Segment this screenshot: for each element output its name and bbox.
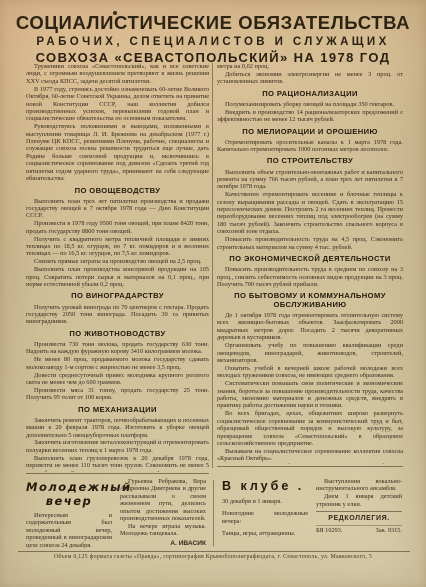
paragraph: Повысить производительность труда в сред…: [217, 266, 403, 288]
section-heading: ПО СТРОИТЕЛЬСТВУ: [223, 157, 397, 166]
column-divider: [212, 63, 213, 468]
paragraph: Закончить ремонт тракторов, почвообрабат…: [26, 417, 209, 439]
section-vegetables: ПО ОВОЩЕВОДСТВУ Выполнить план трех лет …: [26, 187, 209, 289]
section-paragraphs: Закончить ремонт тракторов, почвообрабат…: [26, 417, 209, 472]
paragraph: На вечере играла музыка. Молодежь танцев…: [120, 523, 206, 538]
paragraph: Танцы, игры, аттракционы.: [222, 530, 308, 537]
section-paragraphs: До 1 октября 1978 года отремонтировать о…: [217, 312, 403, 447]
section-heading: ПО БЫТОВОМУ И КОММУНАЛЬНОМУ ОБСЛУЖИВАНИЮ: [223, 292, 397, 309]
youth-article-text: Гурьевна Ребракова, Вера Андреевна Дмитр…: [120, 478, 206, 538]
section-paragraphs: Выполнить план трех лет пятилетки произв…: [26, 198, 209, 289]
section-heading: ПО ЖИВОТНОВОДСТВУ: [32, 330, 203, 339]
newspaper-page: СОЦИАЛИСТИЧЕСКИЕ ОБЯЗАТЕЛЬСТВА РАБОЧИХ, …: [0, 0, 426, 587]
paragraph: Выполнить план производства консервной п…: [26, 266, 209, 288]
youth-evening-article: Молодежный вечер Интересным и содержател…: [26, 478, 206, 548]
paragraph: Выполнить план грузоперевозок к 20 декаб…: [26, 455, 209, 472]
section-heading: ПО ВИНОГРАДАРСТВУ: [32, 292, 203, 301]
rule-above-footer: [18, 551, 410, 552]
youth-article-col-1: Молодежный вечер Интересным и содержател…: [26, 478, 112, 548]
paragraph: Отремонтировать оросительные каналы к 1 …: [217, 139, 403, 154]
paragraph: метра на 0,02 проц.: [217, 63, 403, 70]
paragraph: Руководствуясь положениями и выводами, и…: [26, 123, 209, 182]
print-code-right: Зак. 9315.: [376, 527, 402, 534]
youth-article-col-2: Гурьевна Ребракова, Вера Андреевна Дмитр…: [120, 478, 206, 548]
section-paragraphs: Повысить производительность труда в сред…: [217, 266, 403, 288]
paragraph: Организовать учебу по повышению квалифик…: [217, 342, 403, 364]
paragraph: Повысить производительность труда на 4,5…: [217, 236, 403, 251]
paragraph: Произвести 730 тонн молока, продать госу…: [26, 341, 209, 356]
paragraph: Охватить учебой в вечерней школе рабочей…: [217, 365, 403, 380]
paragraph: Добиться экономии электроэнергии не мене…: [217, 71, 403, 86]
paragraph: Произвести мяса 31 тонну, продать госуда…: [26, 387, 209, 402]
print-codes-row: БЯ 10293. Зак. 9315.: [316, 525, 402, 535]
paragraph: Выполнить план трех лет пятилетки произв…: [26, 198, 209, 220]
youth-article-title: Молодежный вечер: [26, 480, 112, 508]
section-communal-services: ПО БЫТОВОМУ И КОММУНАЛЬНОМУ ОБСЛУЖИВАНИЮ…: [217, 292, 403, 447]
paragraph: В 1977 году, стремясь достойно ознаменов…: [26, 86, 209, 123]
editorial-board-signature: РЕДКОЛЛЕГИЯ.: [316, 511, 402, 522]
section-economics: ПО ЭКОНОМИЧЕСКОЙ ДЕЯТЕЛЬНОСТИ Повысить п…: [217, 255, 403, 288]
section-heading: ПО ЭКОНОМИЧЕСКОЙ ДЕЯТЕЛЬНОСТИ: [223, 255, 397, 264]
section-heading: ПО МЕХАНИЗАЦИИ: [32, 406, 203, 415]
club-article: В клубе . 30 декабря и 1 января.Новогодн…: [222, 478, 406, 548]
paragraph: Качественно отремонтировать весенние и б…: [217, 191, 403, 235]
section-rationalization: ПО РАЦИОНАЛИЗАЦИИ Полумеханизировать убо…: [217, 90, 403, 124]
section-mechanization: ПО МЕХАНИЗАЦИИ Закончить ремонт тракторо…: [26, 406, 209, 472]
section-livestock: ПО ЖИВОТНОВОДСТВУ Произвести 730 тонн мо…: [26, 330, 209, 402]
paragraph: Выполнить объем строительно-монтажных ра…: [217, 169, 403, 191]
closing-paragraphs: Вызываем на социалистическое соревновани…: [217, 448, 403, 464]
paragraph: Получить с квадратного метра тепличной п…: [26, 236, 209, 258]
paragraph: 30 декабря и 1 января.: [222, 498, 308, 505]
bottom-articles-band: Молодежный вечер Интересным и содержател…: [26, 478, 406, 548]
title-line-2: РАБОЧИХ, СПЕЦИАЛИСТОВ И СЛУЖАЩИХ: [0, 35, 426, 49]
paragraph: Не менее 80 проц. продаваемого молока го…: [26, 356, 209, 371]
club-article-title: В клубе .: [222, 479, 308, 493]
paragraph: До 1 октября 1978 года отремонтировать о…: [217, 312, 403, 342]
rule-under-left-column: [26, 473, 209, 474]
paragraph: Систематически повышать свои политически…: [217, 380, 403, 410]
youth-article-text: Интересным и содержательным был молодежн…: [26, 512, 112, 548]
paragraph: Труженики совхоза «Севастопольский», как…: [26, 63, 209, 85]
author-signature: А. ИВАСИК: [120, 540, 206, 547]
paragraph: Социалистические обязательства приняты н…: [217, 463, 403, 464]
paragraph: Вызываем на социалистическое соревновани…: [217, 448, 403, 463]
paragraph: Закончить изготовление металлоконструкци…: [26, 439, 209, 454]
section-heading: ПО РАЦИОНАЛИЗАЦИИ: [223, 90, 397, 99]
section-paragraphs: Отремонтировать оросительные каналы к 1 …: [217, 139, 403, 154]
paragraph: Выступления вокально-инструментального а…: [316, 478, 402, 493]
paragraph: Новогодние молодежные вечера:: [222, 510, 308, 525]
section-paragraphs: Полумеханизировать уборку овощей на площ…: [217, 101, 403, 124]
paragraph: Во всех бригадах, цехах, общежитиях широ…: [217, 410, 403, 447]
rule-under-right-column: [217, 466, 403, 467]
paragraph: Интересным и содержательным был молодежн…: [26, 512, 112, 548]
section-heading: ПО ОВОЩЕВОДСТВУ: [32, 187, 203, 196]
continuation-paragraphs: метра на 0,02 проц.Добиться экономии эле…: [217, 63, 403, 86]
paragraph: Полумеханизировать уборку овощей на площ…: [217, 101, 403, 108]
section-paragraphs: Получить урожай винограда по 70 центнеро…: [26, 304, 209, 326]
section-melioration: ПО МЕЛИОРАЦИИ И ОРОШЕНИЮ Отремонтировать…: [217, 128, 403, 154]
print-code-left: БЯ 10293.: [316, 527, 343, 534]
main-left-column: Труженики совхоза «Севастопольский», как…: [26, 63, 209, 472]
section-construction: ПО СТРОИТЕЛЬСТВУ Выполнить объем строите…: [217, 157, 403, 251]
imprint-line: Объем 0,125 формата газеты «Правда», гор…: [0, 554, 426, 560]
paragraph: Довести среднесуточный привес молодняка …: [26, 372, 209, 387]
main-right-column: метра на 0,02 проц.Добиться экономии эле…: [217, 63, 403, 464]
bottom-band-divider: [213, 480, 214, 546]
section-paragraphs: Выполнить объем строительно-монтажных ра…: [217, 169, 403, 251]
club-article-text: Выступления вокально-инструментального а…: [316, 478, 402, 508]
paragraph: Внедрить в производство 14 рационализато…: [217, 109, 403, 124]
section-heading: ПО МЕЛИОРАЦИИ И ОРОШЕНИЮ: [223, 128, 397, 137]
paragraph: Снизить прямые затраты на производство о…: [26, 258, 209, 265]
section-viticulture: ПО ВИНОГРАДАРСТВУ Получить урожай виногр…: [26, 292, 209, 325]
title-line-1: СОЦИАЛИСТИЧЕСКИЕ ОБЯЗАТЕЛЬСТВА: [0, 13, 426, 33]
masthead: СОЦИАЛИСТИЧЕСКИЕ ОБЯЗАТЕЛЬСТВА РАБОЧИХ, …: [0, 13, 426, 65]
paragraph: Днем 1 января детский утренник у елки.: [316, 493, 402, 508]
paragraph: Гурьевна Ребракова, Вера Андреевна Дмитр…: [120, 478, 206, 522]
paragraph: Получить урожай винограда по 70 центнеро…: [26, 304, 209, 326]
section-paragraphs: Произвести 730 тонн молока, продать госу…: [26, 341, 209, 402]
club-article-col-2: Выступления вокально-инструментального а…: [316, 478, 402, 548]
paragraph: Произвести в 1978 году 9500 тонн овощей,…: [26, 220, 209, 235]
club-article-text: 30 декабря и 1 января.Новогодние молодеж…: [222, 498, 308, 538]
club-article-col-1: В клубе . 30 декабря и 1 января.Новогодн…: [222, 478, 308, 548]
intro-paragraphs: Труженики совхоза «Севастопольский», как…: [26, 63, 209, 183]
